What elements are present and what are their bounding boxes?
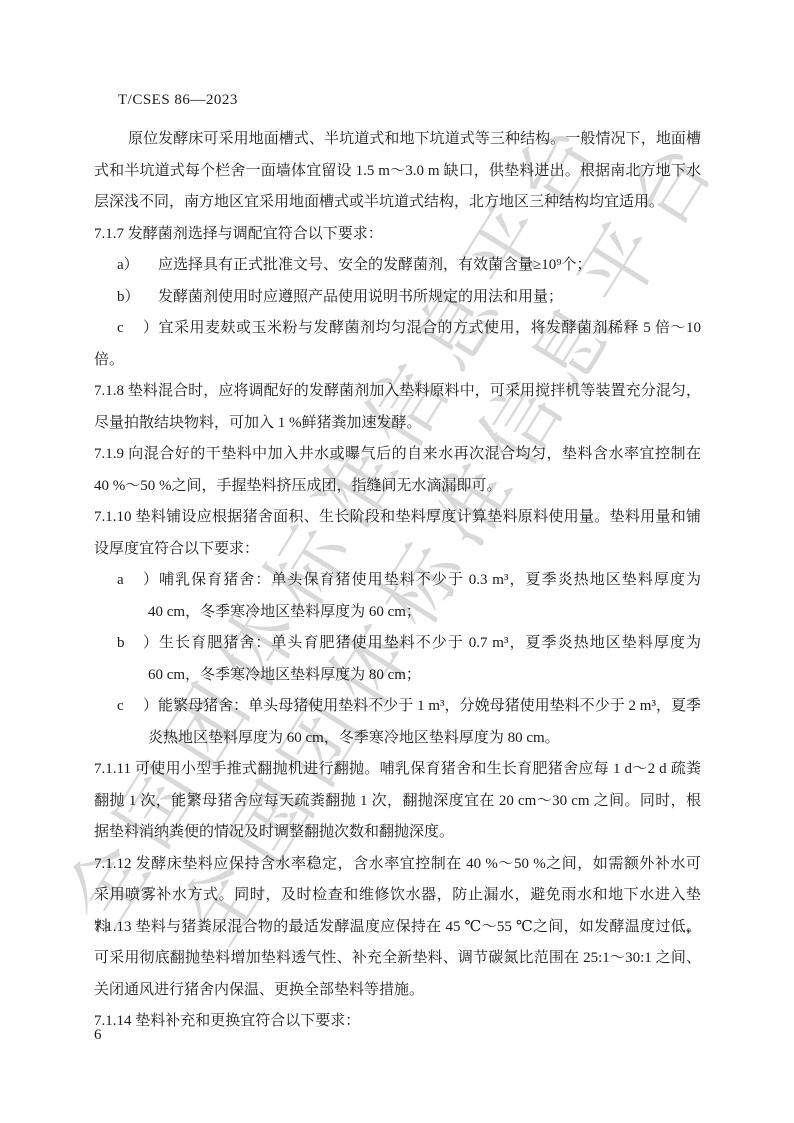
text-line: b）生长育肥猪舍：单头育肥猪使用垫料不少于 0.7 m³，夏季炎热地区垫料厚度为 xyxy=(94,628,701,660)
text-line: 7.1.7 发酵菌剂选择与调配宜符合以下要求： xyxy=(94,219,701,251)
text-line: 式和半坑道式每个栏舍一面墙体宜留设 1.5 m～3.0 m 缺口，供垫料进出。根… xyxy=(94,156,701,188)
text-line: 炎热地区垫料厚度为 60 cm，冬季寒冷地区垫料厚度为 80 cm。 xyxy=(94,723,701,755)
list-item-label: a） xyxy=(117,250,158,282)
text-line: 倍。 xyxy=(94,345,701,377)
list-item-text: 能繁母猪舍：单头母猪使用垫料不少于 1 m³，分娩母猪使用垫料不少于 2 m³，… xyxy=(158,698,701,714)
text-line: 7.1.8 垫料混合时，应将调配好的发酵菌剂加入垫料原料中，可采用搅拌机等装置充… xyxy=(94,376,701,408)
text-line: a）应选择具有正式批准文号、安全的发酵菌剂，有效菌含量≥10⁹个； xyxy=(94,250,701,282)
list-item-text: 应选择具有正式批准文号、安全的发酵菌剂，有效菌含量≥10⁹个； xyxy=(158,257,591,273)
text-line: 关闭通风进行猪舍内保温、更换全部垫料等措施。 xyxy=(94,975,701,1007)
list-item-label: c） xyxy=(117,313,158,345)
text-line: c）宜采用麦麸或玉米粉与发酵菌剂均匀混合的方式使用，将发酵菌剂稀释 5 倍～10 xyxy=(94,313,701,345)
standard-number-header: T/CSES 86—2023 xyxy=(118,92,238,109)
list-item-text: 宜采用麦麸或玉米粉与发酵菌剂均匀混合的方式使用，将发酵菌剂稀释 5 倍～10 xyxy=(158,320,701,336)
text-line: 40 cm，冬季寒冷地区垫料厚度为 60 cm； xyxy=(94,597,701,629)
text-line: 7.1.13 垫料与猪粪尿混合物的最适发酵温度应保持在 45 ℃～55 ℃之间，… xyxy=(94,912,701,944)
list-item-label: a） xyxy=(117,565,158,597)
text-line: 7.1.11 可使用小型手推式翻抛机进行翻抛。哺乳保育猪舍和生长育肥猪舍应每 1… xyxy=(94,754,701,786)
text-line: 40 %～50 %之间，手握垫料挤压成团，指缝间无水滴漏即可。 xyxy=(94,471,701,503)
document-body: 原位发酵床可采用地面槽式、半坑道式和地下坑道式等三种结构。一般情况下，地面槽式和… xyxy=(94,124,701,1038)
text-line: 7.1.14 垫料补充和更换宜符合以下要求： xyxy=(94,1006,701,1038)
text-line: a）哺乳保育猪舍：单头保育猪使用垫料不少于 0.3 m³，夏季炎热地区垫料厚度为 xyxy=(94,565,701,597)
text-line: b）发酵菌剂使用时应遵照产品使用说明书所规定的用法和用量； xyxy=(94,282,701,314)
text-line: 翻抛 1 次，能繁母猪舍应每天疏粪翻抛 1 次，翻抛深度宜在 20 cm～30 … xyxy=(94,786,701,818)
text-line: 7.1.10 垫料铺设应根据猪舍面积、生长阶段和垫料厚度计算垫料原料使用量。垫料… xyxy=(94,502,701,534)
text-line: 原位发酵床可采用地面槽式、半坑道式和地下坑道式等三种结构。一般情况下，地面槽 xyxy=(94,124,701,156)
text-line: 7.1.9 向混合好的干垫料中加入井水或曝气后的自来水再次混合均匀，垫料含水率宜… xyxy=(94,439,701,471)
list-item-label: c） xyxy=(117,691,158,723)
page-number: 6 xyxy=(94,1024,102,1046)
list-item-text: 生长育肥猪舍：单头育肥猪使用垫料不少于 0.7 m³，夏季炎热地区垫料厚度为 xyxy=(158,635,701,651)
text-line: 层深浅不同，南方地区宜采用地面槽式或半坑道式结构，北方地区三种结构均宜适用。 xyxy=(94,187,701,219)
list-item-text: 发酵菌剂使用时应遵照产品使用说明书所规定的用法和用量； xyxy=(158,289,563,305)
text-line: 60 cm，冬季寒冷地区垫料厚度为 80 cm； xyxy=(94,660,701,692)
document-page: 全国团体标准信息平台 全国团体标准信息平台 T/CSES 86—2023 原位发… xyxy=(0,0,794,1123)
text-line: 设厚度宜符合以下要求： xyxy=(94,534,701,566)
list-item-label: b） xyxy=(117,282,158,314)
list-item-label: b） xyxy=(117,628,158,660)
text-line: c）能繁母猪舍：单头母猪使用垫料不少于 1 m³，分娩母猪使用垫料不少于 2 m… xyxy=(94,691,701,723)
text-line: 据垫料消纳粪便的情况及时调整翻抛次数和翻抛深度。 xyxy=(94,817,701,849)
list-item-text: 哺乳保育猪舍：单头保育猪使用垫料不少于 0.3 m³，夏季炎热地区垫料厚度为 xyxy=(158,572,701,588)
text-line: 可采用彻底翻抛垫料增加垫料透气性、补充全新垫料、调节碳氮比范围在 25:1～30… xyxy=(94,943,701,975)
text-line: 7.1.12 发酵床垫料应保持含水率稳定，含水率宜控制在 40 %～50 %之间… xyxy=(94,849,701,881)
text-line: 采用喷雾补水方式。同时，及时检查和维修饮水器，防止漏水，避免雨水和地下水进入垫料… xyxy=(94,880,701,912)
text-line: 尽量拍散结块物料，可加入 1 %鲜猪粪加速发酵。 xyxy=(94,408,701,440)
